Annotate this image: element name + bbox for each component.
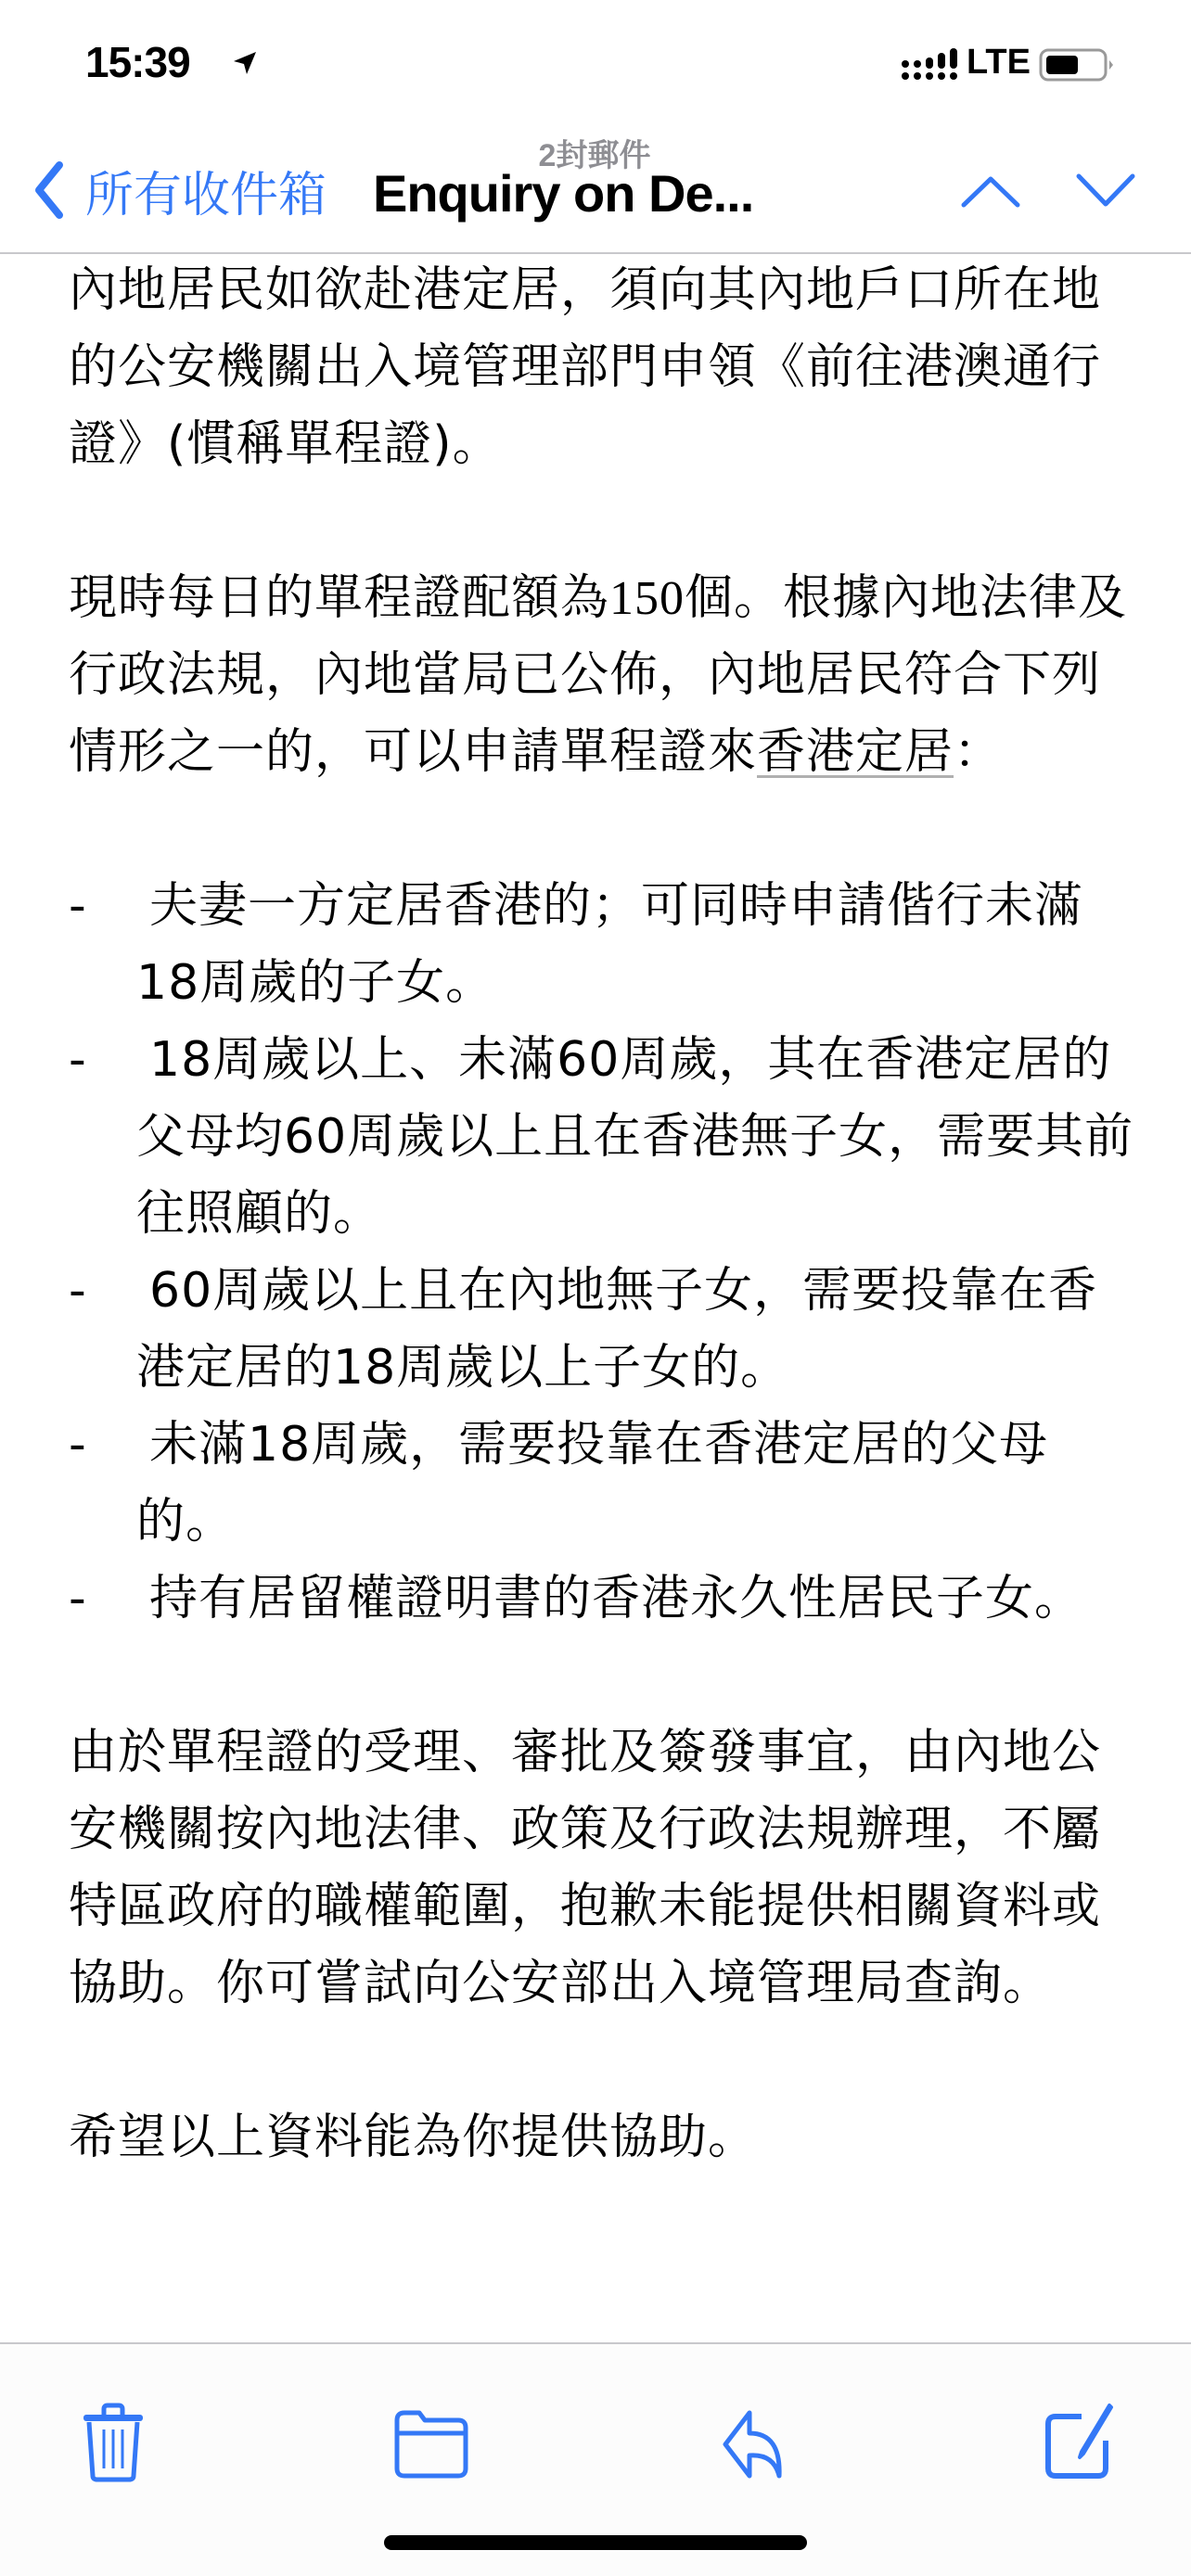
home-indicator[interactable] xyxy=(384,2535,807,2550)
list-dash: - xyxy=(69,1022,87,1099)
folder-icon[interactable] xyxy=(390,2402,473,2485)
location-arrow-icon xyxy=(230,48,260,78)
list-item: -持有居留權證明書的香港永久性居民子女。 xyxy=(69,1561,1135,1638)
list-item-text: 18周歲以上、未滿60周歲，其在香港定居的父母均60周歲以上且在香港無子女，需要… xyxy=(136,1032,1133,1242)
list-item: -夫妻一方定居香港的；可同時申請偕行未滿18周歲的子女。 xyxy=(69,868,1135,1022)
list-item-text: 持有居留權證明書的香港永久性居民子女。 xyxy=(136,1571,1083,1626)
list-dash: - xyxy=(69,1561,87,1638)
trash-icon[interactable] xyxy=(72,2402,156,2485)
paragraph-2: 現時每日的單程證配額為150個。根據內地法律及行政法規，內地當局已公佈，內地居民… xyxy=(69,560,1135,791)
quota-number: 150 xyxy=(609,572,685,625)
list-dash: - xyxy=(69,1407,87,1484)
list-item-text: 夫妻一方定居香港的；可同時申請偕行未滿18周歲的子女。 xyxy=(136,878,1083,1011)
data-detector-link[interactable]: 香港定居 xyxy=(757,724,954,780)
list-item: -18周歲以上、未滿60周歲，其在香港定居的父母均60周歲以上且在香港無子女，需… xyxy=(69,1022,1135,1253)
back-label: 所有收件箱 xyxy=(85,156,327,225)
back-to-all-inboxes-button[interactable]: 所有收件箱 xyxy=(32,158,327,223)
paragraph-4: 希望以上資料能為你提供協助。 xyxy=(69,2099,1135,2176)
list-item-text: 60周歲以上且在內地無子女，需要投靠在香港定居的18周歲以上子女的。 xyxy=(136,1263,1097,1396)
chevron-up-icon[interactable] xyxy=(961,176,1020,208)
compose-icon[interactable] xyxy=(1037,2402,1121,2485)
list-dash: - xyxy=(69,1253,87,1330)
reply-icon[interactable] xyxy=(714,2402,798,2485)
paragraph-3: 由於單程證的受理、審批及簽發事宜，由內地公安機關按內地法律、政策及行政法規辦理，… xyxy=(69,1715,1135,2022)
status-bar: 15:39 LTE xyxy=(0,0,1191,130)
paragraph-2-text: 現時每日的單程證配額為 xyxy=(69,570,609,626)
email-body: 內地居民如欲赴港定居，須向其內地戶口所在地的公安機關出入境管理部門申領《前往港澳… xyxy=(69,252,1135,2342)
signal-icon xyxy=(900,48,959,82)
chevron-left-icon xyxy=(32,159,65,221)
chevron-down-icon[interactable] xyxy=(1076,172,1135,208)
network-type: LTE xyxy=(967,43,1031,83)
list-item-text: 未滿18周歲，需要投靠在香港定居的父母的。 xyxy=(136,1417,1048,1549)
list-dash: - xyxy=(69,868,87,945)
list-item: -未滿18周歲，需要投靠在香港定居的父母的。 xyxy=(69,1407,1135,1561)
eligibility-list: -夫妻一方定居香港的；可同時申請偕行未滿18周歲的子女。 -18周歲以上、未滿6… xyxy=(69,868,1135,1638)
battery-icon xyxy=(1039,48,1115,82)
status-time: 15:39 xyxy=(85,37,190,87)
paragraph-2-end: ： xyxy=(954,724,1003,780)
list-item: -60周歲以上且在內地無子女，需要投靠在香港定居的18周歲以上子女的。 xyxy=(69,1253,1135,1407)
email-subject-title: Enquiry on De... xyxy=(373,163,753,223)
paragraph-1: 內地居民如欲赴港定居，須向其內地戶口所在地的公安機關出入境管理部門申領《前往港澳… xyxy=(69,252,1135,483)
